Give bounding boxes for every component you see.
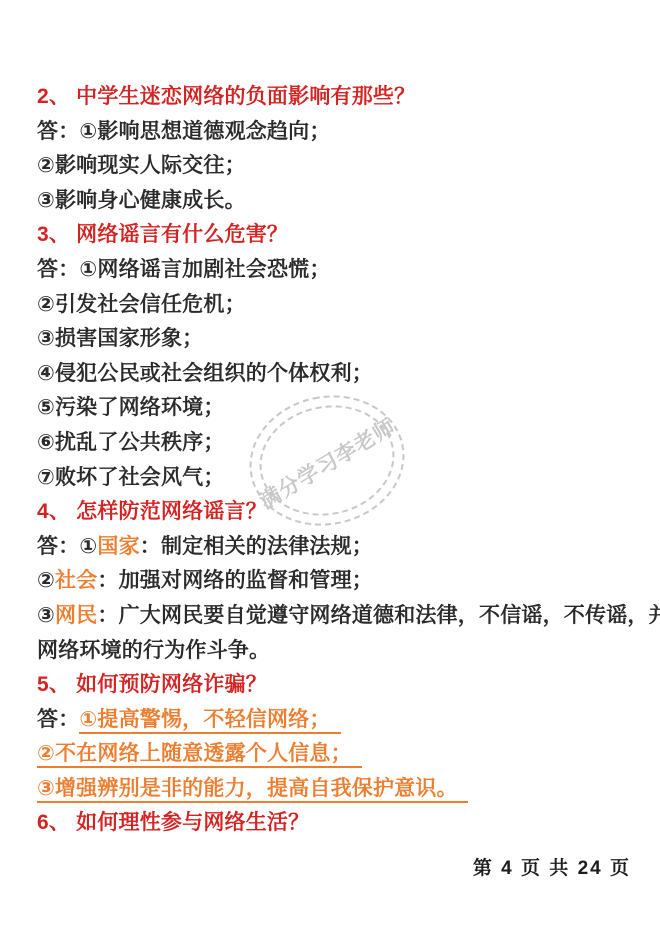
answer-line: 答：①国家：制定相关的法律法规；	[37, 530, 632, 565]
text-segment: ②不在网络上随意透露个人信息；	[37, 742, 362, 768]
text-segment: ③增强辨别是非的能力，提高自我保护意识。	[37, 777, 468, 803]
text-segment: 答：①影响思想道德观念趋向；	[37, 120, 331, 143]
answer-line: ②不在网络上随意透露个人信息；	[37, 737, 632, 772]
answer-line: 网络环境的行为作斗争。	[37, 634, 632, 669]
text-segment: 国家	[97, 535, 139, 558]
answer-line: ②影响现实人际交往；	[37, 149, 632, 184]
question-heading: 4、 怎样防范网络谣言？	[37, 495, 632, 530]
text-segment: ⑥扰乱了公共秩序；	[37, 431, 225, 454]
answer-line: ⑤污染了网络环境；	[37, 391, 632, 426]
page-number: 第 4 页 共 24 页	[473, 853, 631, 880]
answer-line: ②引发社会信任危机；	[37, 288, 632, 323]
answer-line: ④侵犯公民或社会组织的个体权利；	[37, 357, 632, 392]
text-segment: ：制定相关的法律法规；	[140, 535, 373, 558]
answer-line: 答：①提高警惕，不轻信网络；	[37, 703, 632, 738]
answer-line: ⑦败坏了社会风气；	[37, 461, 632, 496]
text-segment: 4、 怎样防范网络谣言？	[37, 500, 267, 523]
document-page: 满分学习李老师 2、 中学生迷恋网络的负面影响有那些？答：①影响思想道德观念趋向…	[0, 0, 660, 933]
question-heading: 6、 如何理性参与网络生活？	[37, 806, 632, 841]
answer-line: ③影响身心健康成长。	[37, 184, 632, 219]
text-segment: ④侵犯公民或社会组织的个体权利；	[37, 362, 373, 385]
text-segment: 答：①网络谣言加剧社会恐慌；	[37, 258, 331, 281]
text-segment: 网民	[55, 604, 97, 627]
text-segment: 2、 中学生迷恋网络的负面影响有那些？	[37, 85, 415, 108]
text-segment: 答：	[37, 708, 79, 731]
answer-line: ③增强辨别是非的能力，提高自我保护意识。	[37, 772, 632, 807]
text-segment: 5、 如何预防网络诈骗？	[37, 673, 267, 696]
text-segment: ②	[37, 569, 55, 592]
text-segment: ①提高警惕，不轻信网络；	[79, 708, 340, 734]
text-segment: ②影响现实人际交往；	[37, 154, 246, 177]
text-segment: ⑦败坏了社会风气；	[37, 466, 225, 489]
answer-line: 答：①网络谣言加剧社会恐慌；	[37, 253, 632, 288]
text-segment: ⑤污染了网络环境；	[37, 396, 225, 419]
answer-line: ③网民：广大网民要自觉遵守网络道德和法律，不信谣，不传谣，并勇于同破坏	[37, 599, 632, 634]
text-segment: ②引发社会信任危机；	[37, 293, 246, 316]
answer-line: ③损害国家形象；	[37, 322, 632, 357]
question-heading: 3、 网络谣言有什么危害？	[37, 218, 632, 253]
document-lines: 2、 中学生迷恋网络的负面影响有那些？答：①影响思想道德观念趋向；②影响现实人际…	[37, 80, 632, 841]
answer-line: ⑥扰乱了公共秩序；	[37, 426, 632, 461]
text-segment: ：广大网民要自觉遵守网络道德和法律，不信谣，不传谣，并勇于同破坏	[97, 604, 660, 627]
answer-line: 答：①影响思想道德观念趋向；	[37, 115, 632, 150]
text-segment: ③	[37, 604, 55, 627]
question-heading: 2、 中学生迷恋网络的负面影响有那些？	[37, 80, 632, 115]
answer-line: ②社会：加强对网络的监督和管理；	[37, 564, 632, 599]
text-segment: ③影响身心健康成长。	[37, 189, 246, 212]
text-segment: 网络环境的行为作斗争。	[37, 639, 270, 662]
text-segment: ：加强对网络的监督和管理；	[97, 569, 373, 592]
text-segment: ③损害国家形象；	[37, 327, 203, 350]
question-heading: 5、 如何预防网络诈骗？	[37, 668, 632, 703]
text-segment: 6、 如何理性参与网络生活？	[37, 811, 309, 834]
text-segment: 3、 网络谣言有什么危害？	[37, 223, 288, 246]
text-segment: 社会	[55, 569, 97, 592]
text-segment: 答：①	[37, 535, 97, 558]
